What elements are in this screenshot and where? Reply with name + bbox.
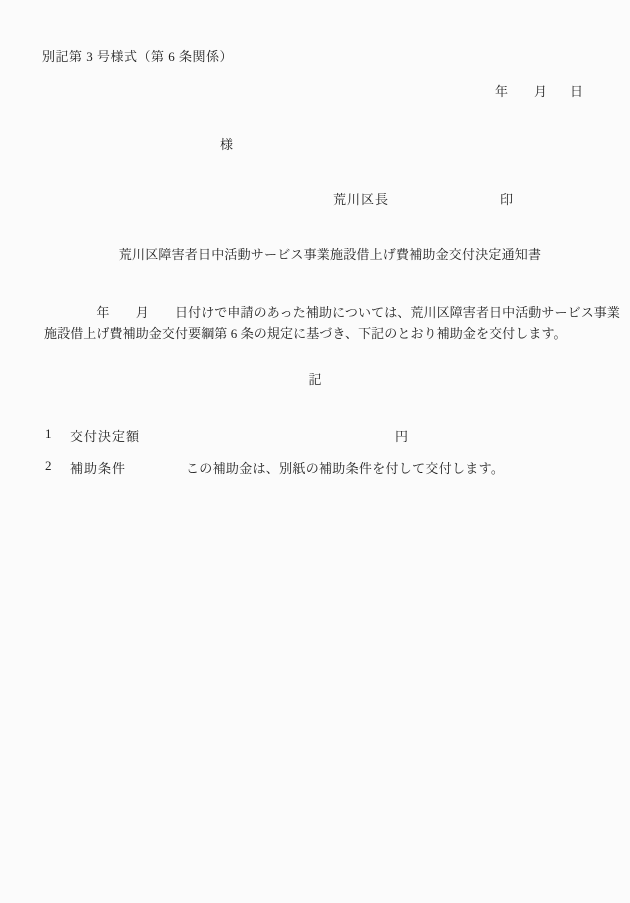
item-number: 1 (45, 426, 52, 442)
form-number: 別記第 3 号様式（第 6 条関係） (42, 48, 233, 66)
record-marker: 記 (0, 371, 630, 389)
issuer-seal-mark: 印 (500, 191, 513, 209)
issuer-line: 荒川区長 印 (0, 191, 630, 209)
body-paragraph-line-2: 施設借上げ費補助金交付要綱第 6 条の規定に基づき、下記のとおり補助金を交付しま… (44, 325, 567, 343)
item-number: 2 (45, 458, 52, 474)
body-paragraph-line-1: 年 月 日付けで申請のあった補助については、荒川区障害者日中活動サービス事業 (44, 304, 620, 322)
date-year-label: 年 (495, 83, 508, 101)
list-item-grant-amount: 1 交付決定額 円 (0, 426, 630, 444)
item-value: この補助金は、別紙の補助条件を付して交付します。 (186, 458, 504, 477)
list-item-subsidy-conditions: 2 補助条件 この補助金は、別紙の補助条件を付して交付します。 (0, 458, 630, 476)
date-month-label: 月 (534, 83, 547, 101)
date-day-label: 日 (570, 83, 583, 101)
document-title: 荒川区障害者日中活動サービス事業施設借上げ費補助金交付決定通知書 (30, 246, 630, 264)
addressee-honorific: 様 (220, 136, 233, 154)
item-value: 円 (395, 426, 408, 445)
item-label: 交付決定額 (70, 426, 140, 445)
issuer-name: 荒川区長 (333, 191, 389, 209)
date-line: 年 月 日 (0, 83, 630, 101)
item-label: 補助条件 (70, 458, 126, 477)
document-page: 別記第 3 号様式（第 6 条関係） 年 月 日 様 荒川区長 印 荒川区障害者… (0, 0, 630, 903)
